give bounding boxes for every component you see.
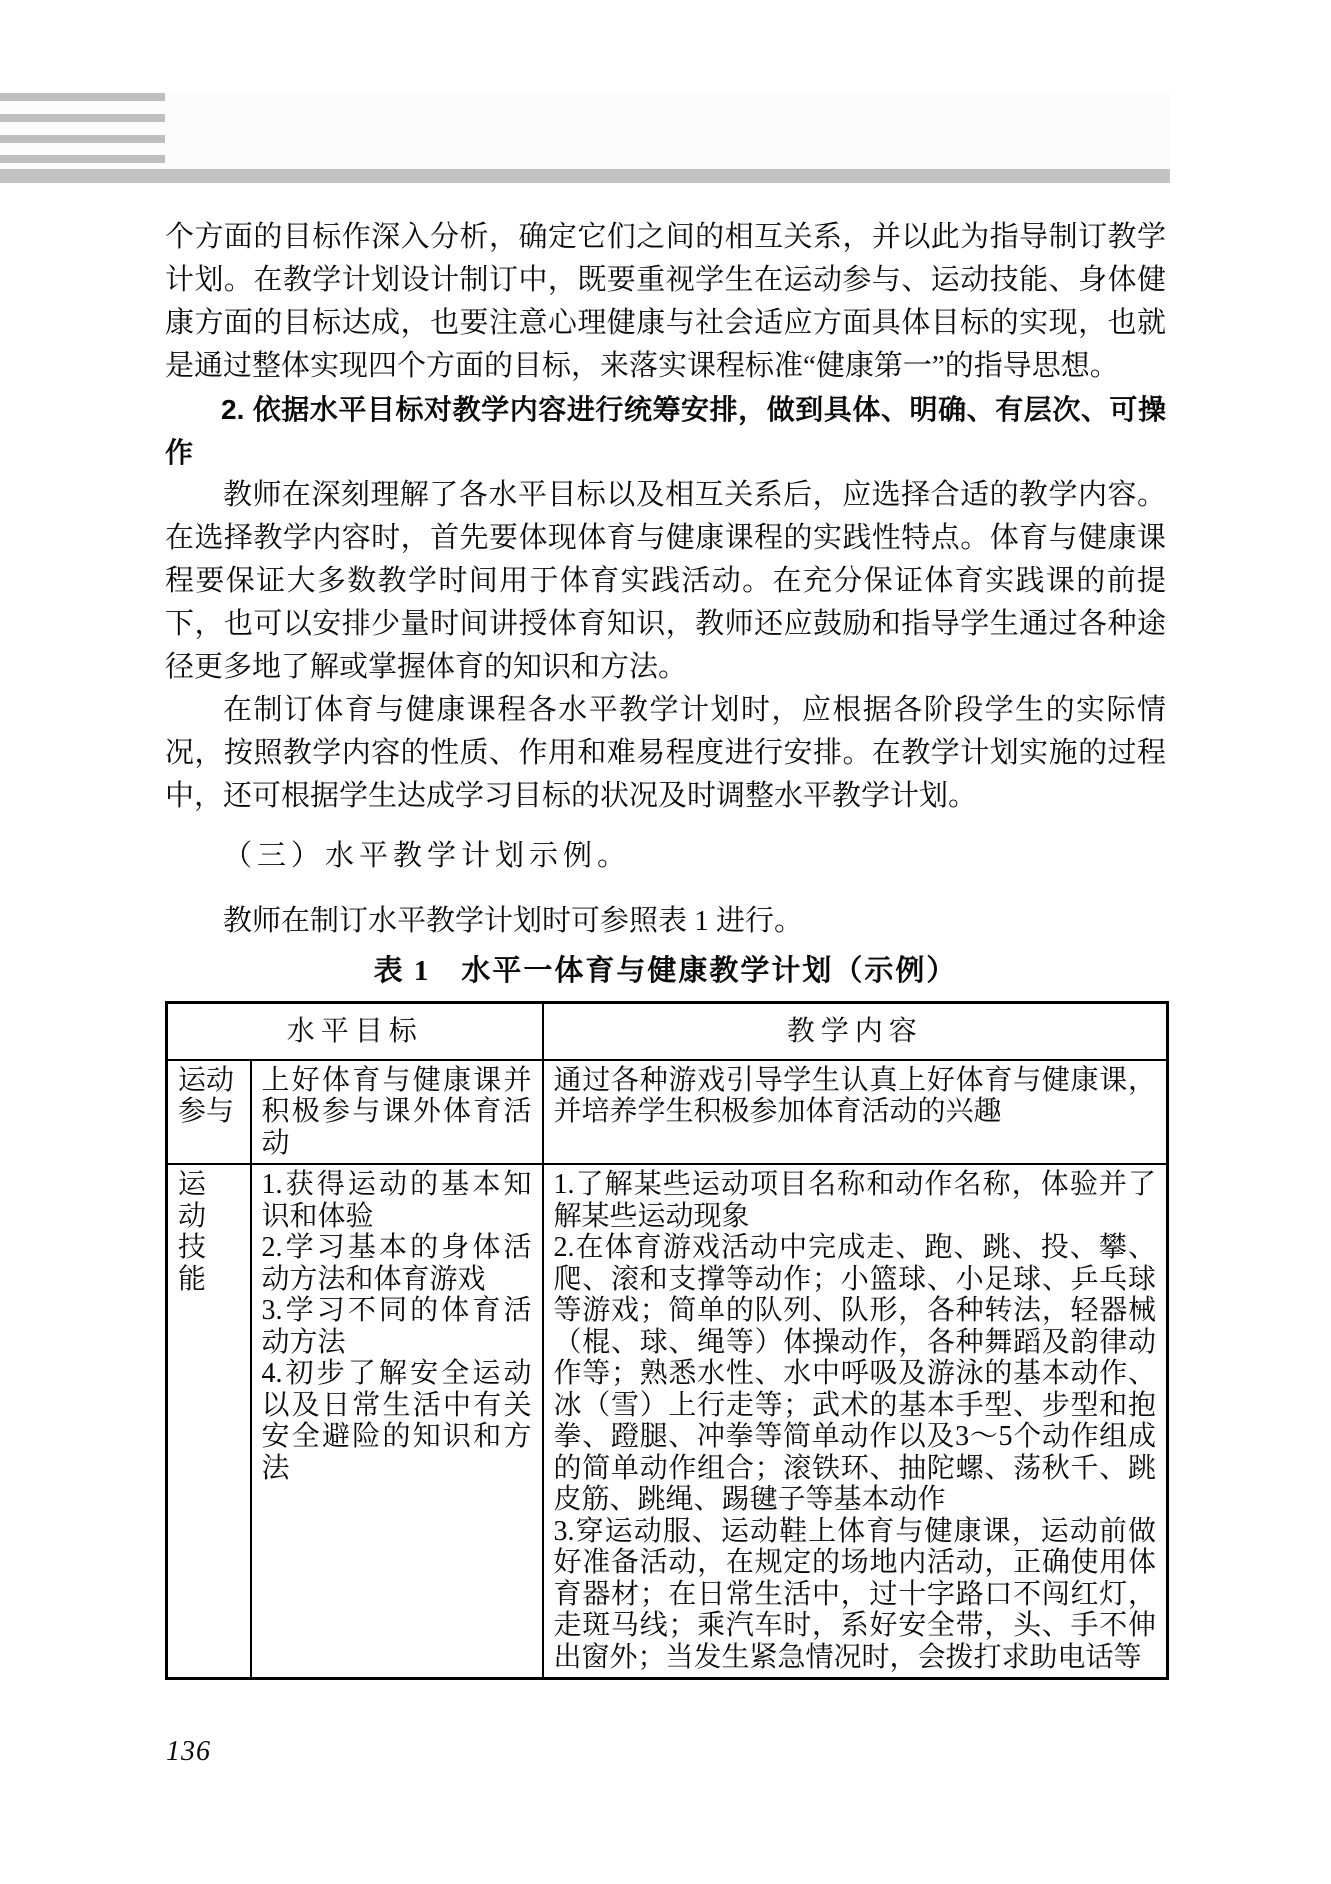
header-stripe-4 xyxy=(0,155,165,163)
table-row: 运动 参与 上好体育与健康课并积极参与课外体育活动 通过各种游戏引导学生认真上好… xyxy=(167,1060,1168,1165)
column-header-level-goal: 水平目标 xyxy=(167,1003,543,1060)
table-row: 运 动 技 能 1.获得运动的基本知识和体验 2.学习基本的身体活动方法和体育游… xyxy=(167,1164,1168,1679)
table-title: 表 1 水平一体育与健康教学计划（示例） xyxy=(165,951,1166,991)
row-goal-cell: 上好体育与健康课并积极参与课外体育活动 xyxy=(251,1060,543,1165)
document-page: 个方面的目标作深入分析，确定它们之间的相互关系，并以此为指导制订教学计划。在教学… xyxy=(0,0,1331,1884)
page-content: 个方面的目标作深入分析，确定它们之间的相互关系，并以此为指导制订教学计划。在教学… xyxy=(165,216,1166,1680)
paragraph-plan-adjustment: 在制订体育与健康课程各水平教学计划时，应根据各阶段学生的实际情况，按照教学内容的… xyxy=(165,689,1166,818)
row-content-cell: 通过各种游戏引导学生认真上好体育与健康课，并培养学生积极参加体育活动的兴趣 xyxy=(543,1060,1168,1165)
header-stripe-2 xyxy=(0,114,165,122)
row-category-sport-skills: 运 动 技 能 xyxy=(167,1164,251,1679)
header-stripe-1 xyxy=(0,93,165,101)
header-stripe-3 xyxy=(0,135,165,143)
header-rule-bar xyxy=(0,169,1170,183)
table-header-row: 水平目标 教学内容 xyxy=(167,1003,1168,1060)
row-goal-cell: 1.获得运动的基本知识和体验 2.学习基本的身体活动方法和体育游戏 3.学习不同… xyxy=(251,1164,543,1679)
paragraph-continuation: 个方面的目标作深入分析，确定它们之间的相互关系，并以此为指导制订教学计划。在教学… xyxy=(165,216,1166,388)
paragraph-table-reference: 教师在制订水平教学计划时可参照表 1 进行。 xyxy=(165,900,1166,943)
paragraph-teaching-content: 教师在深刻理解了各水平目标以及相互关系后，应选择合适的教学内容。在选择教学内容时… xyxy=(165,474,1166,689)
row-content-cell: 1.了解某些运动项目名称和动作名称，体验并了解某些运动现象 2.在体育游戏活动中… xyxy=(543,1164,1168,1679)
section-heading-three: （三）水平教学计划示例。 xyxy=(165,835,1166,878)
column-header-teaching-content: 教学内容 xyxy=(543,1003,1168,1060)
teaching-plan-table: 水平目标 教学内容 运动 参与 上好体育与健康课并积极参与课外体育活动 通过各种… xyxy=(165,1001,1169,1680)
header-background-band xyxy=(0,93,1170,170)
row-category-sport-participation: 运动 参与 xyxy=(167,1060,251,1165)
numbered-heading-2: 2. 依据水平目标对教学内容进行统筹安排，做到具体、明确、有层次、可操作 xyxy=(165,388,1166,474)
page-number: 136 xyxy=(166,1736,211,1768)
